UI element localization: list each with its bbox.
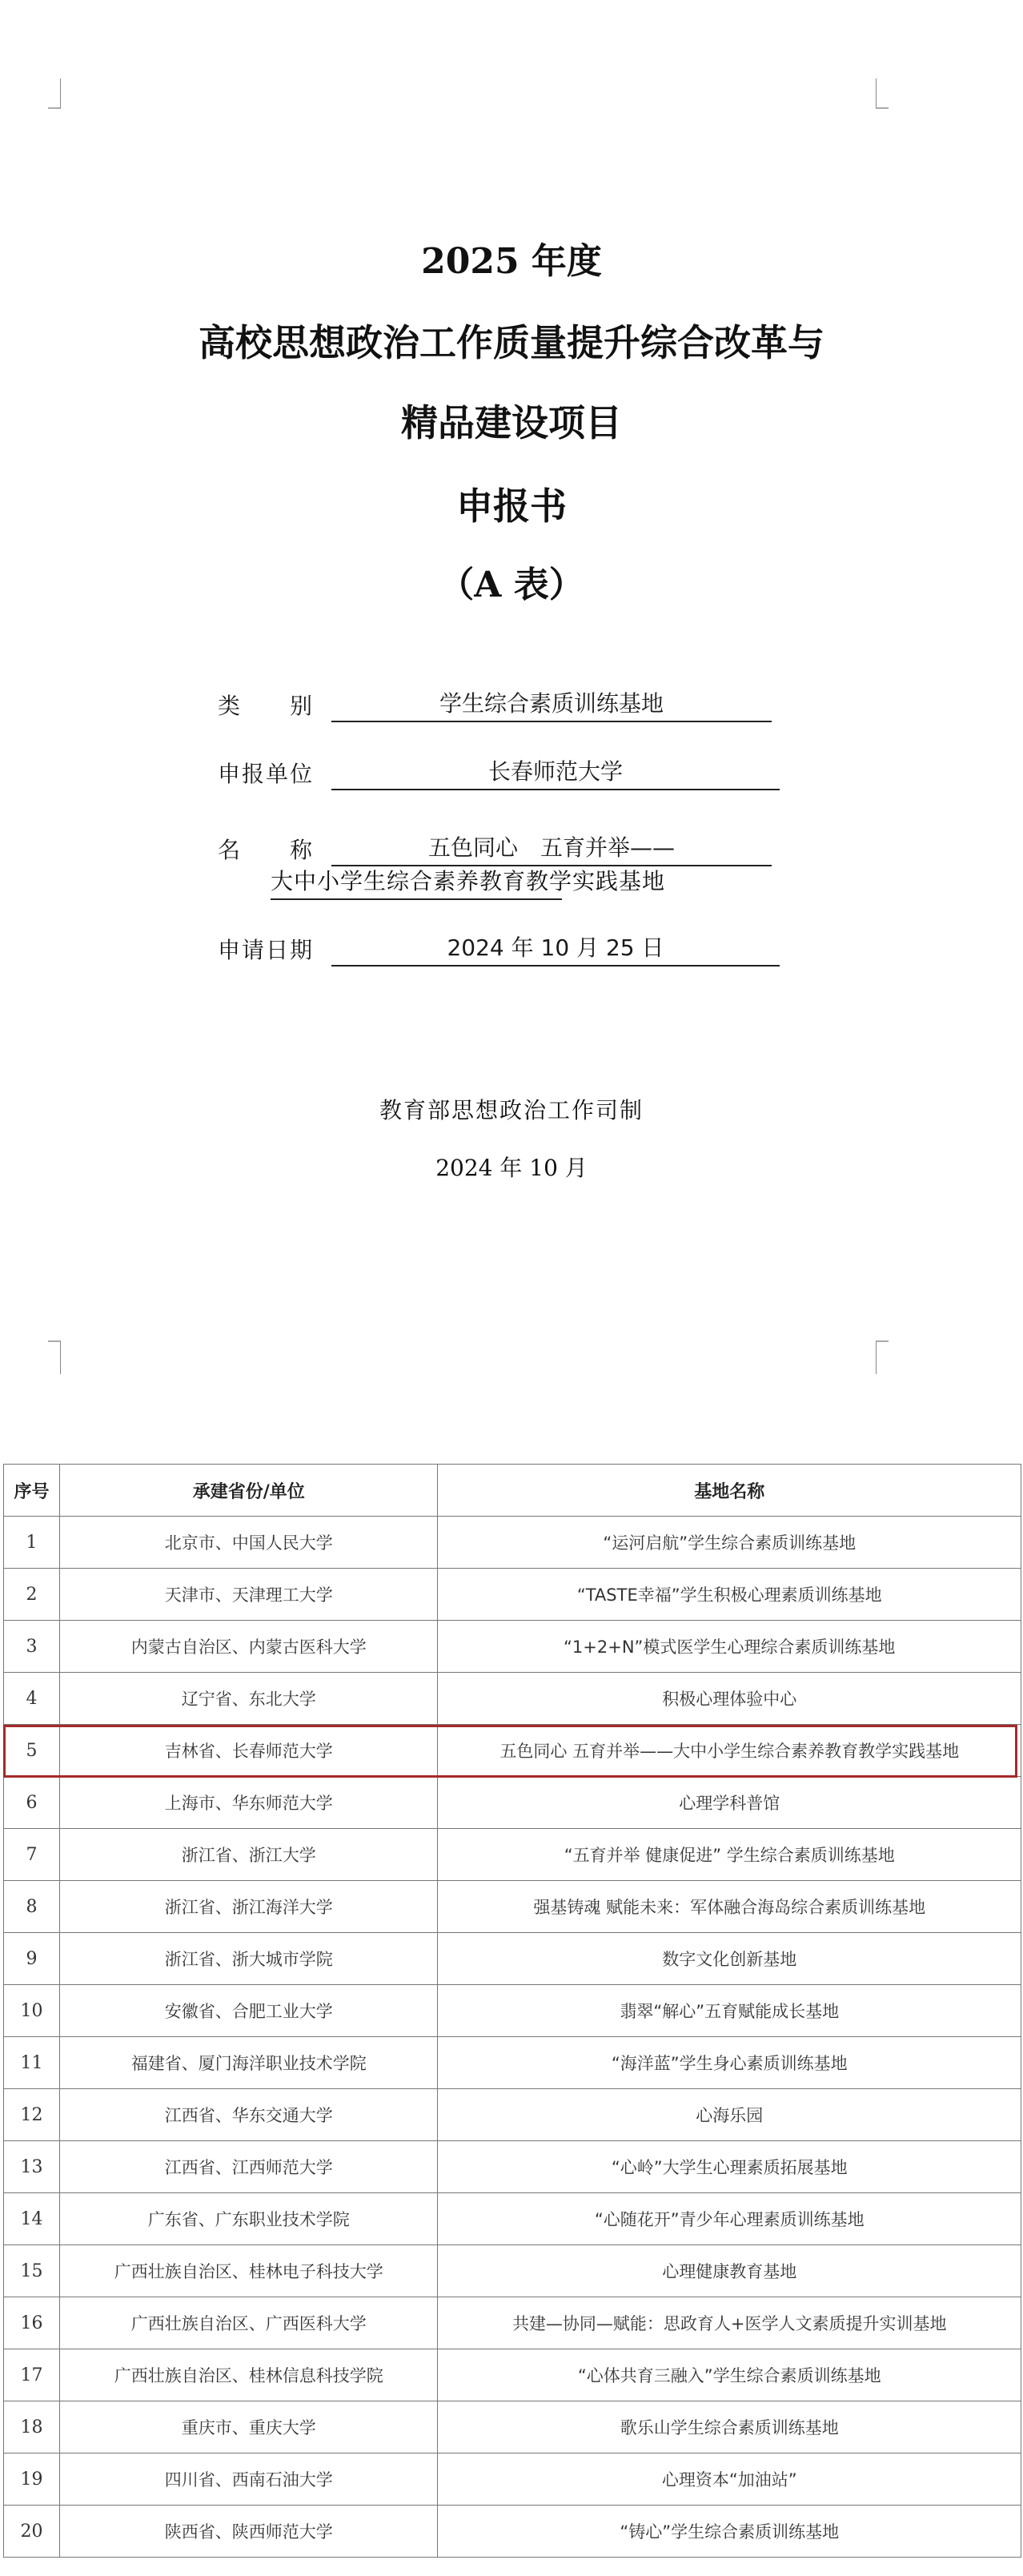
- table-row: 20陕西省、陕西师范大学“铸心”学生综合素质训练基地: [4, 2506, 1021, 2558]
- table-row: 5吉林省、长春师范大学五色同心 五育并举——大中小学生综合素养教育教学实践基地: [4, 1725, 1021, 1777]
- row-number: 14: [4, 2193, 60, 2245]
- table-row: 16广西壮族自治区、广西医科大学共建—协同—赋能：思政育人+医学人文素质提升实训…: [4, 2297, 1021, 2349]
- table-row: 4辽宁省、东北大学积极心理体验中心: [4, 1673, 1021, 1725]
- row-base-name: 积极心理体验中心: [438, 1673, 1021, 1725]
- row-unit: 上海市、华东师范大学: [59, 1777, 438, 1829]
- row-number: 13: [4, 2141, 60, 2193]
- row-number: 3: [4, 1621, 60, 1673]
- row-number: 17: [4, 2349, 60, 2401]
- row-base-name: 五色同心 五育并举——大中小学生综合素养教育教学实践基地: [438, 1725, 1021, 1777]
- crop-mark-bottom-right: [876, 1340, 889, 1374]
- row-number: 10: [4, 1985, 60, 2037]
- row-number: 8: [4, 1881, 60, 1933]
- row-number: 1: [4, 1517, 60, 1569]
- row-number: 15: [4, 2245, 60, 2297]
- table-row: 8浙江省、浙江海洋大学强基铸魂 赋能未来：军体融合海岛综合素质训练基地: [4, 1881, 1021, 1933]
- cover-title-line-2: 精品建设项目: [0, 394, 1023, 447]
- crop-mark-top-right: [876, 78, 889, 109]
- row-number: 18: [4, 2401, 60, 2453]
- row-base-name: “心体共育三融入”学生综合素质训练基地: [438, 2349, 1021, 2401]
- row-unit: 陕西省、陕西师范大学: [59, 2506, 438, 2558]
- category-label: 类 别: [218, 689, 330, 721]
- row-number: 12: [4, 2089, 60, 2141]
- date-label: 申请日期: [218, 933, 330, 965]
- table-row: 7浙江省、浙江大学“五育并举 健康促进” 学生综合素质训练基地: [4, 1829, 1021, 1881]
- header-no: 序号: [4, 1465, 60, 1517]
- row-base-name: 共建—协同—赋能：思政育人+医学人文素质提升实训基地: [438, 2297, 1021, 2349]
- crop-mark-bottom-left: [48, 1340, 61, 1374]
- header-base: 基地名称: [438, 1465, 1021, 1517]
- row-base-name: “心随花开”青少年心理素质训练基地: [438, 2193, 1021, 2245]
- name-label: 名 称: [218, 833, 330, 865]
- row-unit: 内蒙古自治区、内蒙古医科大学: [59, 1621, 438, 1673]
- table-row: 2天津市、天津理工大学“TASTE幸福”学生积极心理素质训练基地: [4, 1569, 1021, 1621]
- row-base-name: “铸心”学生综合素质训练基地: [438, 2506, 1021, 2558]
- row-unit: 福建省、厦门海洋职业技术学院: [59, 2037, 438, 2089]
- row-base-name: 数字文化创新基地: [438, 1933, 1021, 1985]
- row-base-name: “TASTE幸福”学生积极心理素质训练基地: [438, 1569, 1021, 1621]
- table-row: 17广西壮族自治区、桂林信息科技学院“心体共育三融入”学生综合素质训练基地: [4, 2349, 1021, 2401]
- row-unit: 广西壮族自治区、桂林信息科技学院: [59, 2349, 438, 2401]
- row-base-name: 心理资本“加油站”: [438, 2453, 1021, 2506]
- table-row: 13江西省、江西师范大学“心岭”大学生心理素质拓展基地: [4, 2141, 1021, 2193]
- table-row: 10安徽省、合肥工业大学翡翠“解心”五育赋能成长基地: [4, 1985, 1021, 2037]
- row-number: 5: [4, 1725, 60, 1777]
- row-number: 2: [4, 1569, 60, 1621]
- table-row: 9浙江省、浙大城市学院数字文化创新基地: [4, 1933, 1021, 1985]
- base-list-table: 序号 承建省份/单位 基地名称 1北京市、中国人民大学“运河启航”学生综合素质训…: [3, 1464, 1021, 2558]
- category-value: 学生综合素质训练基地: [331, 689, 772, 722]
- row-base-name: “心岭”大学生心理素质拓展基地: [438, 2141, 1021, 2193]
- row-unit: 江西省、华东交通大学: [59, 2089, 438, 2141]
- row-unit: 四川省、西南石油大学: [59, 2453, 438, 2506]
- unit-label: 申报单位: [218, 757, 330, 789]
- cover-title-line-1: 高校思想政治工作质量提升综合改革与: [0, 314, 1023, 367]
- row-base-name: “运河启航”学生综合素质训练基地: [438, 1517, 1021, 1569]
- row-number: 7: [4, 1829, 60, 1881]
- row-unit: 浙江省、浙大城市学院: [59, 1933, 438, 1985]
- table-row: 1北京市、中国人民大学“运河启航”学生综合素质训练基地: [4, 1517, 1021, 1569]
- table-row: 14广东省、广东职业技术学院“心随花开”青少年心理素质训练基地: [4, 2193, 1021, 2245]
- table-row: 12江西省、华东交通大学心海乐园: [4, 2089, 1021, 2141]
- row-number: 19: [4, 2453, 60, 2506]
- issue-date: 2024 年 10 月: [0, 1151, 1023, 1183]
- row-unit: 辽宁省、东北大学: [59, 1673, 438, 1725]
- row-unit: 北京市、中国人民大学: [59, 1517, 438, 1569]
- table-row: 6上海市、华东师范大学心理学科普馆: [4, 1777, 1021, 1829]
- row-unit: 广西壮族自治区、桂林电子科技大学: [59, 2245, 438, 2297]
- row-unit: 广东省、广东职业技术学院: [59, 2193, 438, 2245]
- crop-mark-top-left: [48, 78, 61, 109]
- row-base-name: 歌乐山学生综合素质训练基地: [438, 2401, 1021, 2453]
- name-value-line-2: 大中小学生综合素养教育教学实践基地: [271, 866, 562, 900]
- row-base-name: 翡翠“解心”五育赋能成长基地: [438, 1985, 1021, 2037]
- row-number: 9: [4, 1933, 60, 1985]
- header-unit: 承建省份/单位: [59, 1465, 438, 1517]
- unit-value: 长春师范大学: [331, 757, 780, 790]
- table-header-row: 序号 承建省份/单位 基地名称: [4, 1465, 1021, 1517]
- issuer: 教育部思想政治工作司制: [0, 1093, 1023, 1125]
- table-row: 19四川省、西南石油大学心理资本“加油站”: [4, 2453, 1021, 2506]
- row-unit: 重庆市、重庆大学: [59, 2401, 438, 2453]
- row-base-name: 心理学科普馆: [438, 1777, 1021, 1829]
- row-unit: 安徽省、合肥工业大学: [59, 1985, 438, 2037]
- row-base-name: 心理健康教育基地: [438, 2245, 1021, 2297]
- table-row: 11福建省、厦门海洋职业技术学院“海洋蓝”学生身心素质训练基地: [4, 2037, 1021, 2089]
- name-value-line-1: 五色同心 五育并举——: [331, 833, 772, 866]
- row-unit: 浙江省、浙江海洋大学: [59, 1881, 438, 1933]
- row-unit: 吉林省、长春师范大学: [59, 1725, 438, 1777]
- row-number: 4: [4, 1673, 60, 1725]
- row-base-name: 心海乐园: [438, 2089, 1021, 2141]
- row-number: 16: [4, 2297, 60, 2349]
- row-unit: 天津市、天津理工大学: [59, 1569, 438, 1621]
- row-base-name: “五育并举 健康促进” 学生综合素质训练基地: [438, 1829, 1021, 1881]
- cover-title-line-4: （A 表）: [0, 556, 1023, 607]
- row-number: 6: [4, 1777, 60, 1829]
- table-row: 18重庆市、重庆大学歌乐山学生综合素质训练基地: [4, 2401, 1021, 2453]
- row-number: 20: [4, 2506, 60, 2558]
- row-base-name: 强基铸魂 赋能未来：军体融合海岛综合素质训练基地: [438, 1881, 1021, 1933]
- row-unit: 浙江省、浙江大学: [59, 1829, 438, 1881]
- row-unit: 广西壮族自治区、广西医科大学: [59, 2297, 438, 2349]
- row-unit: 江西省、江西师范大学: [59, 2141, 438, 2193]
- row-base-name: “1+2+N”模式医学生心理综合素质训练基地: [438, 1621, 1021, 1673]
- row-base-name: “海洋蓝”学生身心素质训练基地: [438, 2037, 1021, 2089]
- cover-year: 2025 年度: [0, 232, 1023, 283]
- table-row: 3内蒙古自治区、内蒙古医科大学“1+2+N”模式医学生心理综合素质训练基地: [4, 1621, 1021, 1673]
- date-value: 2024 年 10 月 25 日: [331, 933, 780, 967]
- table-row: 15广西壮族自治区、桂林电子科技大学心理健康教育基地: [4, 2245, 1021, 2297]
- row-number: 11: [4, 2037, 60, 2089]
- cover-title-line-3: 申报书: [0, 477, 1023, 530]
